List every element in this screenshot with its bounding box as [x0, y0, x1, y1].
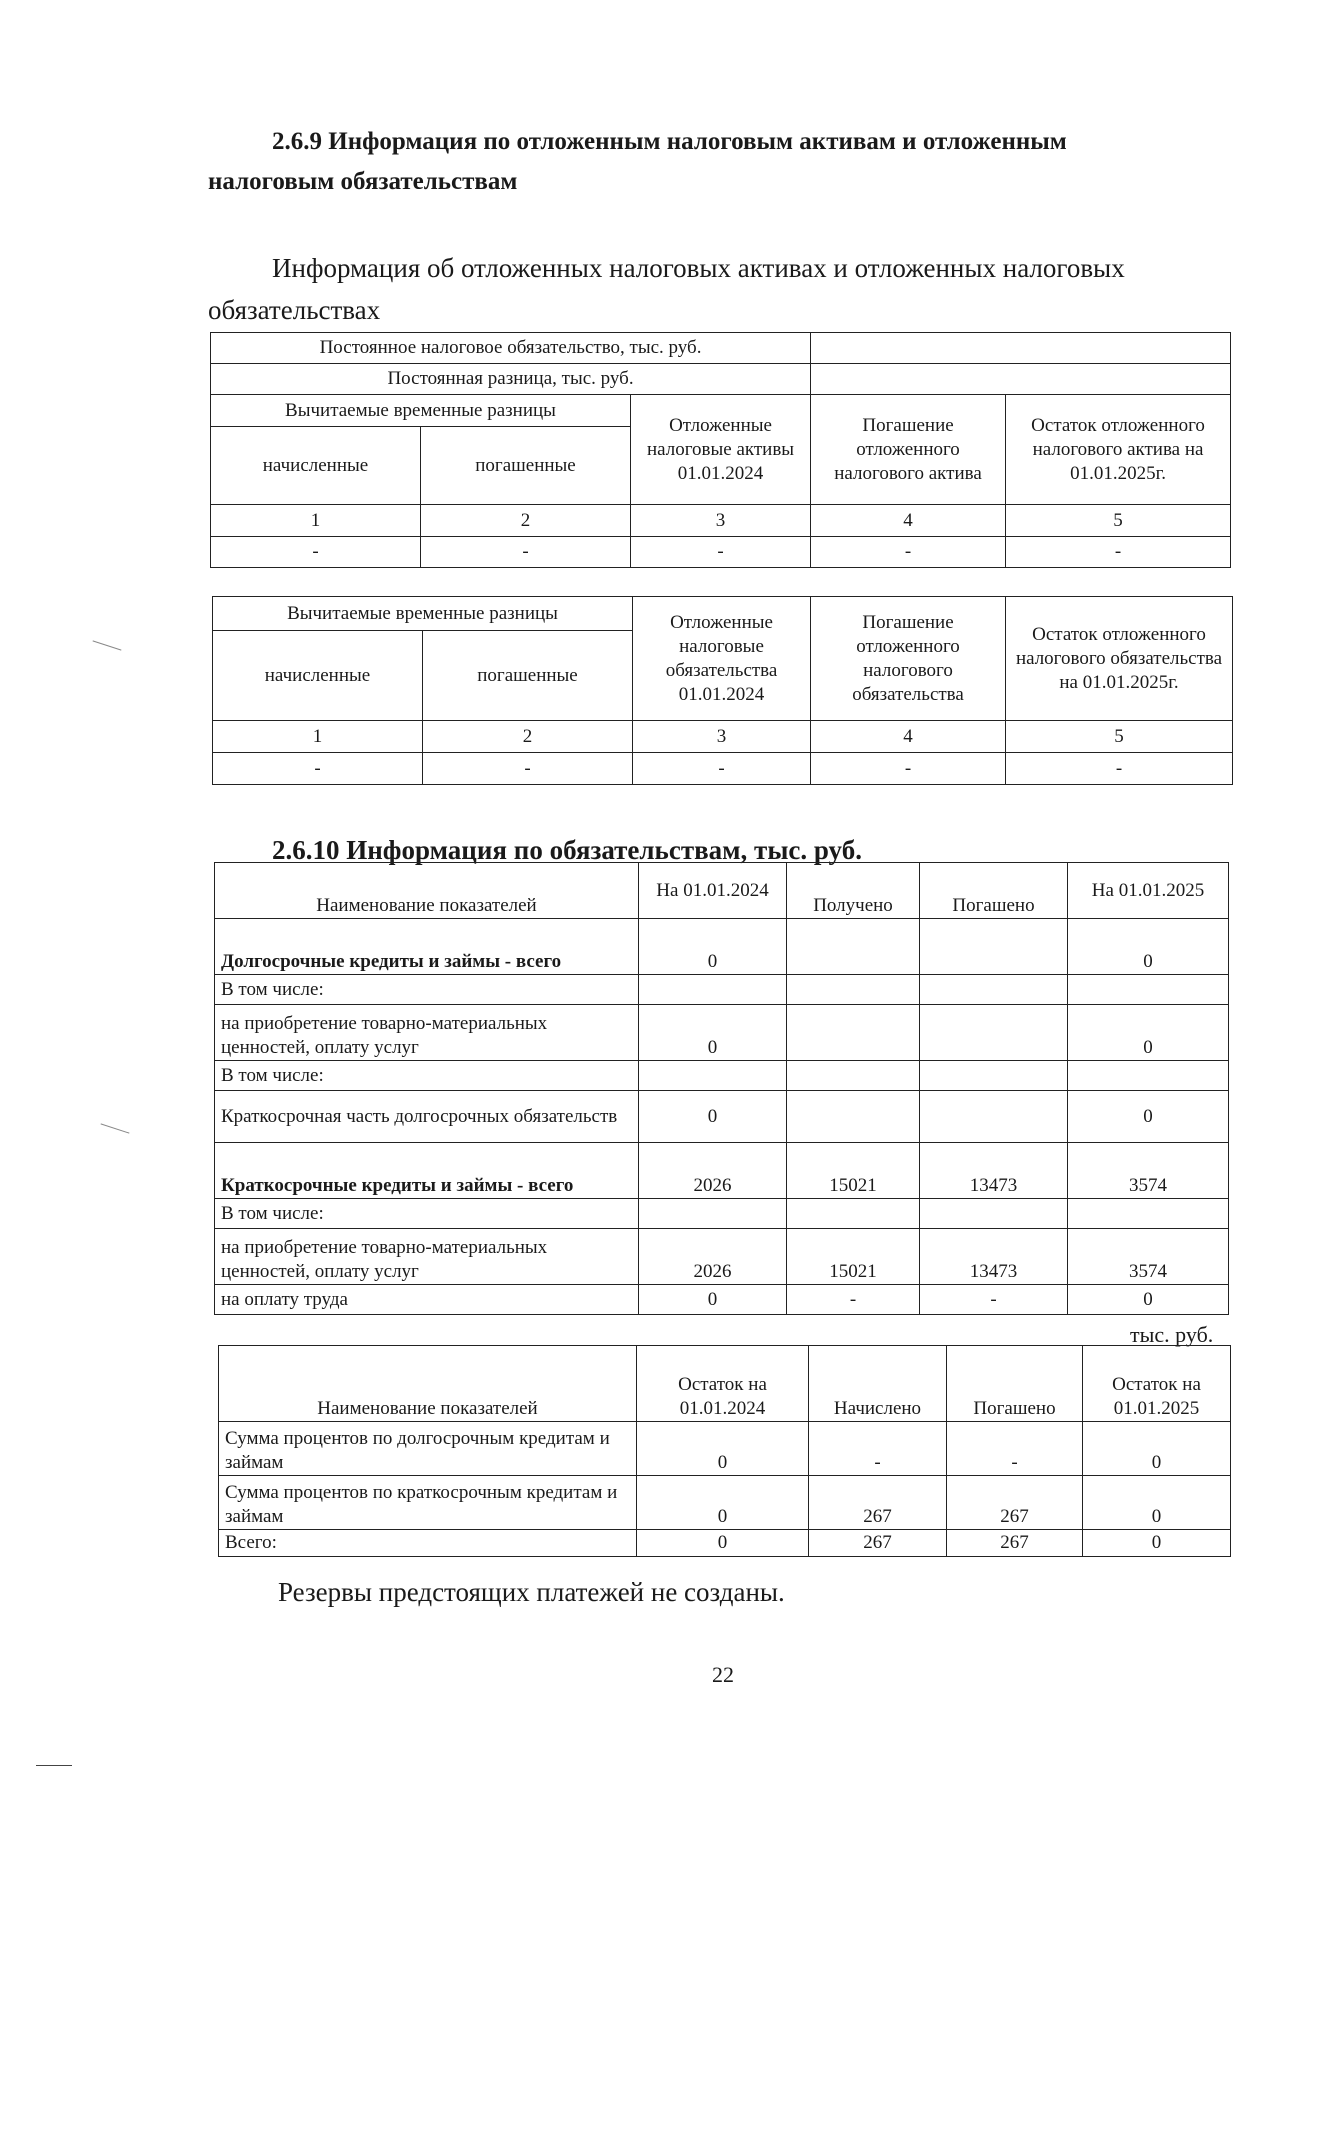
accrued-value: 267: [809, 1530, 947, 1557]
header-balance-asset: Остаток отложенного налогового актива на…: [1006, 395, 1231, 505]
repaid-value: 13473: [920, 1229, 1068, 1285]
permanent-liability-value: [811, 333, 1231, 364]
received-value: 15021: [787, 1143, 920, 1199]
reserves-note: Резервы предстоящих платежей не созданы.: [278, 1572, 785, 1612]
row-name: В том числе:: [215, 1061, 639, 1091]
header-start-date: На 01.01.2024: [639, 863, 787, 919]
col-number: 2: [423, 721, 633, 753]
header-deferred-liabilities: Отложенные налоговые обязательства 01.01…: [633, 597, 811, 721]
repaid-value: [920, 919, 1068, 975]
value-cell: -: [1006, 537, 1231, 568]
col-number: 1: [213, 721, 423, 753]
value-cell: -: [211, 537, 421, 568]
start-value: 2026: [639, 1229, 787, 1285]
permanent-liability-label: Постоянное налоговое обязательство, тыс.…: [211, 333, 811, 364]
header-start-balance: Остаток на 01.01.2024: [637, 1346, 809, 1422]
scan-mark: [36, 1765, 72, 1766]
end-value: 0: [1068, 1005, 1229, 1061]
col-number: 1: [211, 505, 421, 537]
row-name: Сумма процентов по долгосрочным кредитам…: [219, 1422, 637, 1476]
header-balance-liability: Остаток отложенного налогового обязатель…: [1006, 597, 1233, 721]
permanent-difference-value: [811, 364, 1231, 395]
received-value: [787, 919, 920, 975]
header-indicator-name: Наименование показателей: [219, 1346, 637, 1422]
col-number: 4: [811, 505, 1006, 537]
header-repaid: Погашено: [920, 863, 1068, 919]
header-accrued: начисленные: [211, 427, 421, 505]
end-value: 0: [1068, 1091, 1229, 1143]
header-repayment-asset: Погашение отложенного налогового актива: [811, 395, 1006, 505]
received-value: [787, 1091, 920, 1143]
end-balance: 0: [1083, 1530, 1231, 1557]
page-number: 22: [712, 1662, 734, 1688]
header-accrued: Начислено: [809, 1346, 947, 1422]
table-row: В том числе:: [215, 975, 1229, 1005]
received-value: [787, 1061, 920, 1091]
received-value: -: [787, 1285, 920, 1315]
table-row: на приобретение товарно-материальных цен…: [215, 1005, 1229, 1061]
section-269-title-line1: 2.6.9 Информация по отложенным налоговым…: [272, 122, 1067, 162]
repaid-value: 13473: [920, 1143, 1068, 1199]
start-balance: 0: [637, 1476, 809, 1530]
received-value: [787, 975, 920, 1005]
end-value: [1068, 1199, 1229, 1229]
col-number: 5: [1006, 505, 1231, 537]
deferred-tax-liabilities-table: Вычитаемые временные разницы Отложенные …: [212, 596, 1233, 785]
col-number: 3: [631, 505, 811, 537]
start-value: 0: [639, 1285, 787, 1315]
start-value: 0: [639, 1091, 787, 1143]
row-name: на приобретение товарно-материальных цен…: [215, 1229, 639, 1285]
interest-table: Наименование показателей Остаток на 01.0…: [218, 1345, 1231, 1557]
value-cell: -: [423, 753, 633, 785]
table-row: на оплату труда0--0: [215, 1285, 1229, 1315]
received-value: [787, 1199, 920, 1229]
scan-mark: [93, 640, 122, 650]
header-repaid: погашенные: [423, 631, 633, 721]
value-cell: -: [421, 537, 631, 568]
header-end-balance: Остаток на 01.01.2025: [1083, 1346, 1231, 1422]
header-deferred-assets: Отложенные налоговые активы 01.01.2024: [631, 395, 811, 505]
header-repayment-liability: Погашение отложенного налогового обязате…: [811, 597, 1006, 721]
section-269-title-line2: налоговым обязательствам: [208, 162, 517, 202]
value-cell: -: [811, 537, 1006, 568]
obligations-table: Наименование показателей На 01.01.2024 П…: [214, 862, 1229, 1315]
table-row: на приобретение товарно-материальных цен…: [215, 1229, 1229, 1285]
start-value: [639, 1061, 787, 1091]
header-indicator-name: Наименование показателей: [215, 863, 639, 919]
value-cell: -: [213, 753, 423, 785]
accrued-value: -: [809, 1422, 947, 1476]
row-name: на оплату труда: [215, 1285, 639, 1315]
received-value: 15021: [787, 1229, 920, 1285]
row-name: Всего:: [219, 1530, 637, 1557]
header-end-date: На 01.01.2025: [1068, 863, 1229, 919]
table-row: Сумма процентов по краткосрочным кредита…: [219, 1476, 1231, 1530]
end-balance: 0: [1083, 1476, 1231, 1530]
deferred-tax-assets-table: Постоянное налоговое обязательство, тыс.…: [210, 332, 1231, 568]
value-cell: -: [633, 753, 811, 785]
repaid-value: 267: [947, 1530, 1083, 1557]
repaid-value: [920, 1199, 1068, 1229]
repaid-value: [920, 1091, 1068, 1143]
end-value: 0: [1068, 919, 1229, 975]
header-repaid: Погашено: [947, 1346, 1083, 1422]
permanent-difference-label: Постоянная разница, тыс. руб.: [211, 364, 811, 395]
row-name: В том числе:: [215, 975, 639, 1005]
start-value: 2026: [639, 1143, 787, 1199]
row-name: Сумма процентов по краткосрочным кредита…: [219, 1476, 637, 1530]
header-received: Получено: [787, 863, 920, 919]
start-value: 0: [639, 919, 787, 975]
table-row: В том числе:: [215, 1199, 1229, 1229]
row-name: В том числе:: [215, 1199, 639, 1229]
repaid-value: -: [947, 1422, 1083, 1476]
end-value: [1068, 1061, 1229, 1091]
repaid-value: 267: [947, 1476, 1083, 1530]
table-row: Сумма процентов по долгосрочным кредитам…: [219, 1422, 1231, 1476]
header-repaid: погашенные: [421, 427, 631, 505]
table-row: Всего:02672670: [219, 1530, 1231, 1557]
header-accrued: начисленные: [213, 631, 423, 721]
start-value: [639, 975, 787, 1005]
repaid-value: -: [920, 1285, 1068, 1315]
end-value: 3574: [1068, 1229, 1229, 1285]
accrued-value: 267: [809, 1476, 947, 1530]
repaid-value: [920, 1061, 1068, 1091]
intro-line2: обязательствах: [208, 290, 380, 330]
table-row: Краткосрочная часть долгосрочных обязате…: [215, 1091, 1229, 1143]
end-value: [1068, 975, 1229, 1005]
row-name: Долгосрочные кредиты и займы - всего: [215, 919, 639, 975]
end-value: 3574: [1068, 1143, 1229, 1199]
start-balance: 0: [637, 1530, 809, 1557]
scan-mark: [101, 1123, 130, 1133]
row-name: на приобретение товарно-материальных цен…: [215, 1005, 639, 1061]
end-balance: 0: [1083, 1422, 1231, 1476]
row-name: Краткосрочная часть долгосрочных обязате…: [215, 1091, 639, 1143]
intro-line1: Информация об отложенных налоговых актив…: [272, 248, 1125, 288]
header-deductible: Вычитаемые временные разницы: [211, 395, 631, 427]
repaid-value: [920, 1005, 1068, 1061]
value-cell: -: [811, 753, 1006, 785]
col-number: 2: [421, 505, 631, 537]
header-deductible: Вычитаемые временные разницы: [213, 597, 633, 631]
col-number: 4: [811, 721, 1006, 753]
value-cell: -: [1006, 753, 1233, 785]
table-row: Краткосрочные кредиты и займы - всего202…: [215, 1143, 1229, 1199]
col-number: 5: [1006, 721, 1233, 753]
start-balance: 0: [637, 1422, 809, 1476]
col-number: 3: [633, 721, 811, 753]
start-value: [639, 1199, 787, 1229]
row-name: Краткосрочные кредиты и займы - всего: [215, 1143, 639, 1199]
received-value: [787, 1005, 920, 1061]
table-row: В том числе:: [215, 1061, 1229, 1091]
start-value: 0: [639, 1005, 787, 1061]
table-row: Долгосрочные кредиты и займы - всего00: [215, 919, 1229, 975]
value-cell: -: [631, 537, 811, 568]
repaid-value: [920, 975, 1068, 1005]
end-value: 0: [1068, 1285, 1229, 1315]
